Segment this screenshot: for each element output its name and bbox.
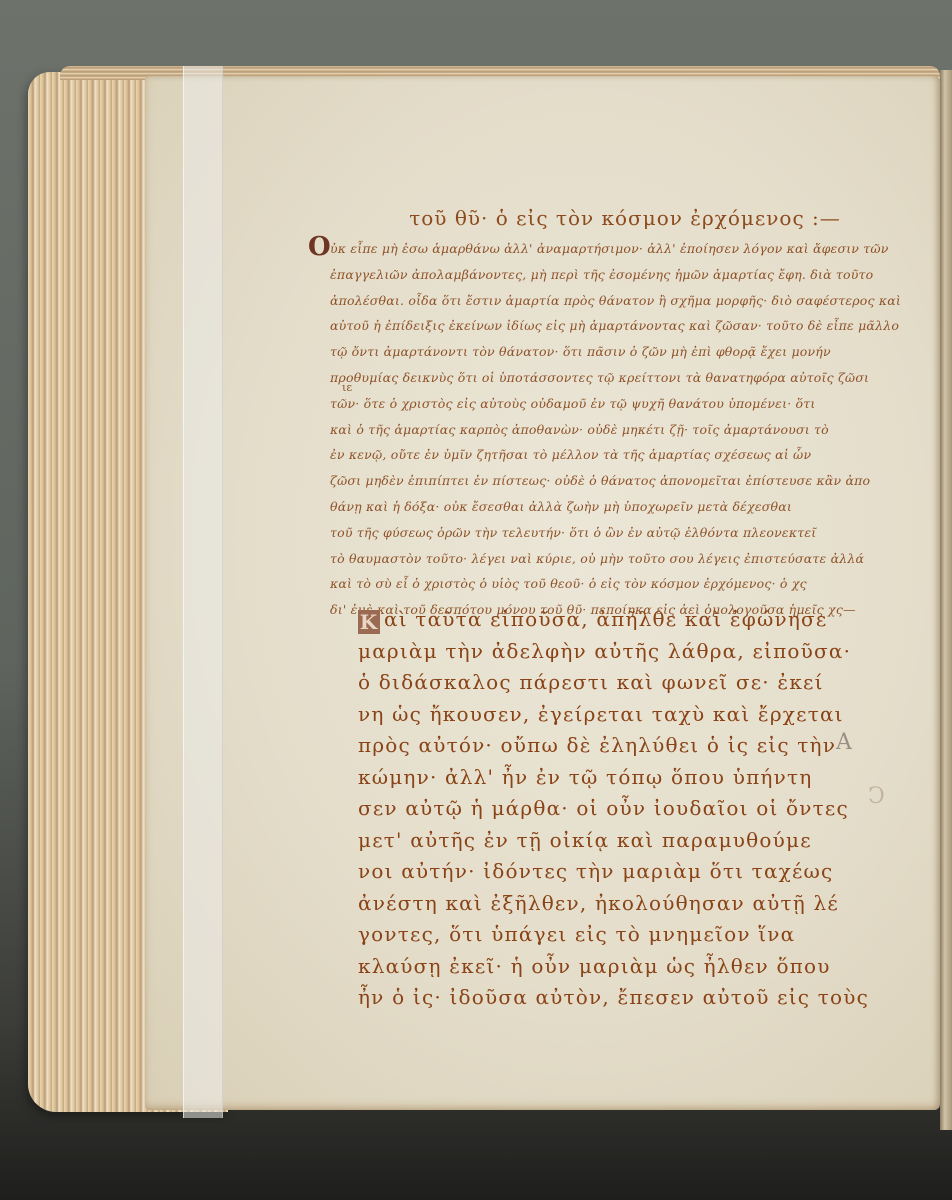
lower-text-block: Καὶ ταῦτα εἰποῦσα, ἀπῆλθε καὶ ἐφώνησε μα… xyxy=(358,604,878,1014)
text-line-large: κώμην· ἀλλ' ἦν ἐν τῷ τόπῳ ὅπου ὑπήντη xyxy=(358,762,878,794)
text-line-large: πρὸς αὐτόν· οὔπω δὲ ἐληλύθει ὁ ἰς εἰς τὴ… xyxy=(358,730,878,762)
text-line-large: νοι αὐτήν· ἰδόντες τὴν μαριὰμ ὅτι ταχέως xyxy=(358,856,878,888)
text-line: ὐκ εἶπε μὴ ἐσω ἁμαρθάνω ἀλλ' ἀναμαρτήσιμ… xyxy=(330,236,900,262)
marginal-mark-alpha: Α xyxy=(836,730,852,755)
decorated-initial-k: Κ xyxy=(358,610,380,634)
text-line: καὶ τὸ σὺ εἶ ὁ χριστὸς ὁ υἱὸς τοῦ θεοῦ· … xyxy=(330,571,900,597)
text-line: ζῶσι μηδὲν ἐπιπίπτει ἐν πίστεως· οὐδὲ ὁ … xyxy=(330,468,900,494)
text-line-large: μετ' αὐτῆς ἐν τῇ οἰκίᾳ καὶ παραμυθούμε xyxy=(358,825,878,857)
text-line: ἀπολέσθαι. οἶδα ὅτι ἔστιν ἁμαρτία πρὸς θ… xyxy=(330,288,900,314)
text-line-large: ἦν ὁ ἰς· ἰδοῦσα αὐτὸν, ἔπεσεν αὐτοῦ εἰς … xyxy=(358,982,878,1014)
text-line: τῶν· ὅτε ὁ χριστὸς εἰς αὐτοὺς οὐδαμοῦ ἐν… xyxy=(330,391,900,417)
text-line: θάνῃ καὶ ἡ δόξα· οὐκ ἔσεσθαι ἀλλὰ ζωὴν μ… xyxy=(330,494,900,520)
facing-page-edge xyxy=(940,70,952,1130)
upper-text-block: τοῦ θῦ· ὁ εἰς τὸν κόσμον ἐρχόμενος :— Ο … xyxy=(310,206,900,623)
text-line-large: νη ὡς ἤκουσεν, ἐγείρεται ταχὺ καὶ ἔρχετα… xyxy=(358,699,878,731)
text-line: αὐτοῦ ἡ ἐπίδειξις ἐκείνων ἰδίως εἰς μὴ ἁ… xyxy=(330,313,900,339)
section-heading: τοῦ θῦ· ὁ εἰς τὸν κόσμον ἐρχόμενος :— xyxy=(350,206,900,230)
text-line-large: σεν αὐτῷ ἡ μάρθα· οἱ οὖν ἰουδαῖοι οἱ ὄντ… xyxy=(358,793,878,825)
marginal-numeral: ιε xyxy=(342,381,352,394)
text-line-content: αὶ ταῦτα εἰποῦσα, ἀπῆλθε καὶ ἐφώνησε xyxy=(384,607,827,631)
text-line-large: ἀνέστη καὶ ἐξῆλθεν, ἠκολούθησαν αὐτῇ λέ xyxy=(358,888,878,920)
text-line: ἐν κενῷ, οὔτε ἐν ὑμῖν ζητῆσαι τὸ μέλλον … xyxy=(330,442,900,468)
text-line: τὸ θαυμαστὸν τοῦτο· λέγει ναὶ κύριε, οὐ … xyxy=(330,546,900,572)
text-line-large: μαριὰμ τὴν ἀδελφὴν αὐτῆς λάθρα, εἰποῦσα· xyxy=(358,636,878,668)
text-line: καὶ ὁ τῆς ἁμαρτίας καρπὸς ἀποθανὼν· οὐδὲ… xyxy=(330,417,900,443)
decorated-initial-o: Ο xyxy=(308,232,331,262)
text-line-large: γοντες, ὅτι ὑπάγει εἰς τὸ μνημεῖον ἵνα xyxy=(358,919,878,951)
text-line-large: ὁ διδάσκαλος πάρεστι καὶ φωνεῖ σε· ἐκεί xyxy=(358,667,878,699)
text-line: ἐπαγγελιῶν ἀπολαμβάνοντες, μὴ περὶ τῆς ἐ… xyxy=(330,262,900,288)
text-line-large: Καὶ ταῦτα εἰποῦσα, ἀπῆλθε καὶ ἐφώνησε xyxy=(358,604,878,636)
text-line: τῷ ὄντι ἀμαρτάνοντι τὸν θάνατον· ὅτι πᾶσ… xyxy=(330,339,900,365)
transparent-tape-strip xyxy=(183,66,223,1118)
marginal-mark-sigma: Ͻ xyxy=(868,784,885,809)
text-line: προθυμίας δεικνὺς ὅτι οἱ ὑποτάσσοντες τῷ… xyxy=(330,365,900,391)
text-line: τοῦ τῆς φύσεως ὁρῶν τὴν τελευτήν· ὅτι ὁ … xyxy=(330,520,900,546)
text-line-large: κλαύσῃ ἐκεῖ· ἡ οὖν μαριὰμ ὡς ἦλθεν ὅπου xyxy=(358,951,878,983)
